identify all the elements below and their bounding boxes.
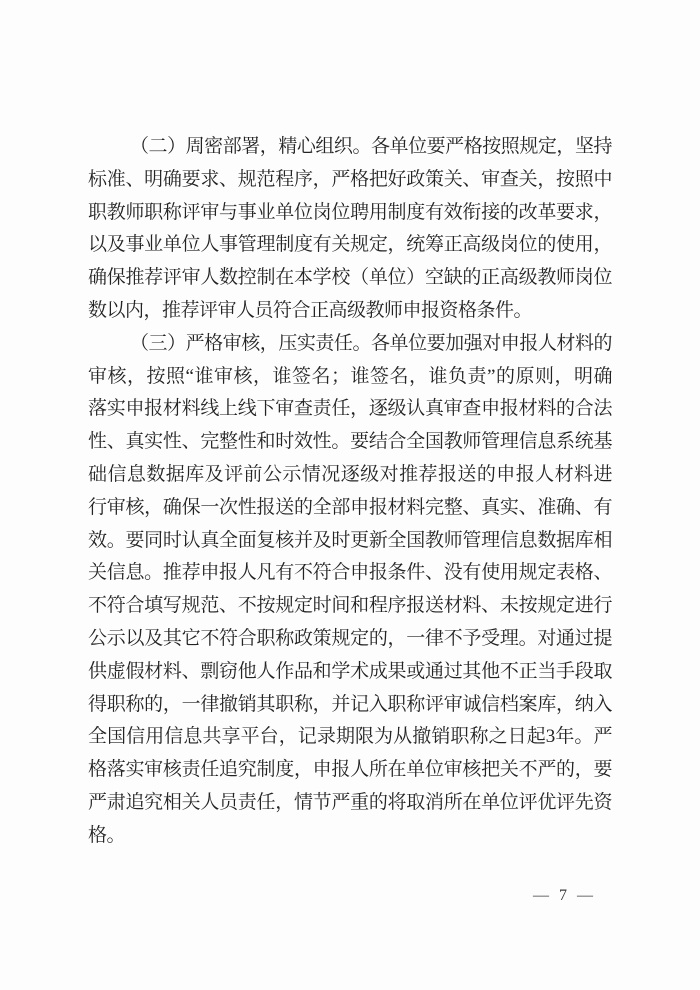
text-line: 审核，按照“谁审核，谁签名；谁签名，谁负责”的原则，明确 <box>88 361 612 394</box>
page-number: — 7 — <box>533 886 596 906</box>
text-line: 公示以及其它不符合职称政策规定的，一律不予受理。对通过提 <box>88 623 612 656</box>
text-line: （二）周密部署，精心组织。各单位要严格按照规定，坚持 <box>88 131 612 164</box>
paragraph-section-2: （二）周密部署，精心组织。各单位要严格按照规定，坚持 标准、明确要求、规范程序，… <box>88 131 612 328</box>
text-line: 效。要同时认真全面复核并及时更新全国教师管理信息数据库相 <box>88 525 612 558</box>
text-line: 全国信用信息共享平台，记录期限为从撤销职称之日起3年。严 <box>88 721 612 754</box>
paragraph-section-3: （三）严格审核，压实责任。各单位要加强对申报人材料的 审核，按照“谁审核，谁签名… <box>88 328 612 853</box>
text-line: 数以内，推荐评审人员符合正高级教师申报资格条件。 <box>88 295 612 328</box>
text-line: 格。 <box>88 820 612 853</box>
scanned-document-page: （二）周密部署，精心组织。各单位要严格按照规定，坚持 标准、明确要求、规范程序，… <box>0 0 700 990</box>
text-line: 确保推荐评审人数控制在本学校（单位）空缺的正高级教师岗位 <box>88 262 612 295</box>
document-body: （二）周密部署，精心组织。各单位要严格按照规定，坚持 标准、明确要求、规范程序，… <box>88 131 612 853</box>
text-line: 落实申报材料线上线下审查责任，逐级认真审查申报材料的合法 <box>88 393 612 426</box>
text-line: 行审核，确保一次性报送的全部申报材料完整、真实、准确、有 <box>88 492 612 525</box>
text-line: 关信息。推荐申报人凡有不符合申报条件、没有使用规定表格、 <box>88 557 612 590</box>
text-line: 职教师职称评审与事业单位岗位聘用制度有效衔接的改革要求， <box>88 197 612 230</box>
text-line: （三）严格审核，压实责任。各单位要加强对申报人材料的 <box>88 328 612 361</box>
text-line: 严肃追究相关人员责任，情节严重的将取消所在单位评优评先资 <box>88 787 612 820</box>
text-line: 以及事业单位人事管理制度有关规定，统筹正高级岗位的使用， <box>88 229 612 262</box>
text-line: 标准、明确要求、规范程序，严格把好政策关、审查关，按照中 <box>88 164 612 197</box>
text-line: 得职称的，一律撤销其职称，并记入职称评审诚信档案库，纳入 <box>88 689 612 722</box>
text-line: 供虚假材料、剽窃他人作品和学术成果或通过其他不正当手段取 <box>88 656 612 689</box>
text-line: 格落实审核责任追究制度，申报人所在单位审核把关不严的，要 <box>88 754 612 787</box>
text-line: 础信息数据库及评前公示情况逐级对推荐报送的申报人材料进 <box>88 459 612 492</box>
text-line: 性、真实性、完整性和时效性。要结合全国教师管理信息系统基 <box>88 426 612 459</box>
text-line: 不符合填写规范、不按规定时间和程序报送材料、未按规定进行 <box>88 590 612 623</box>
